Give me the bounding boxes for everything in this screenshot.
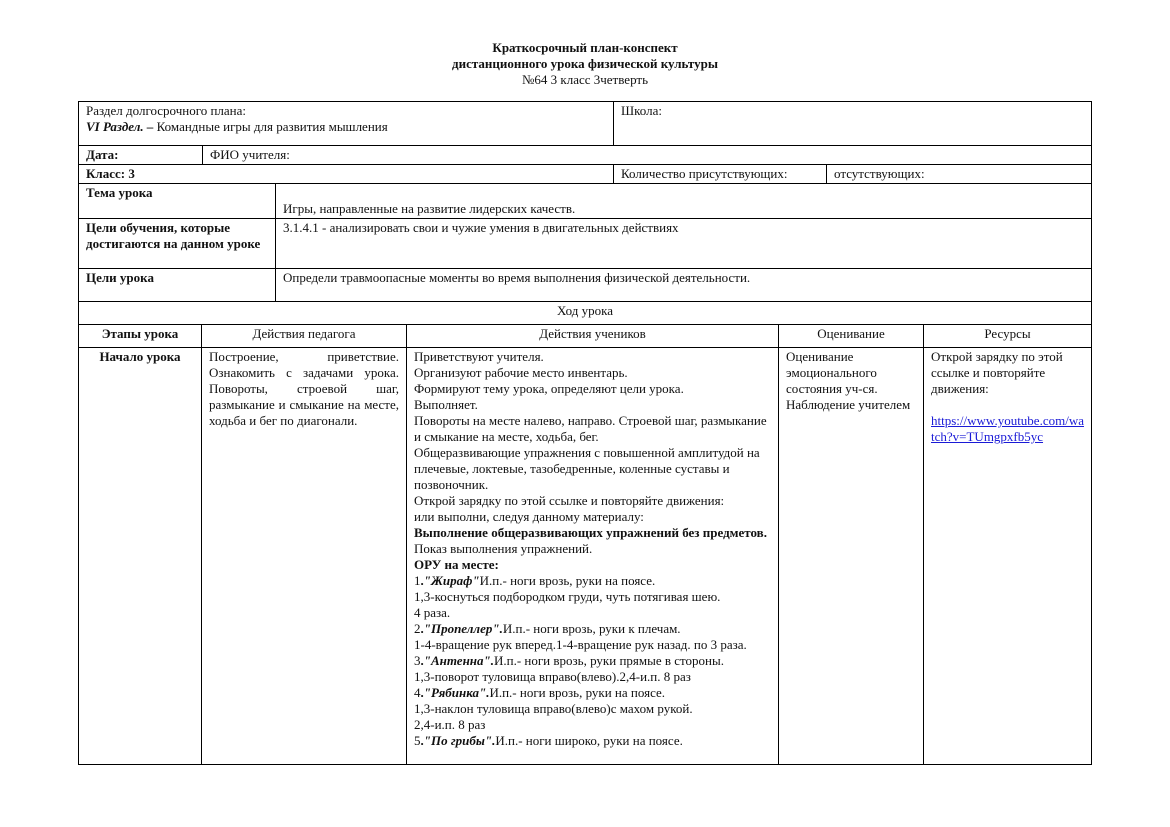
exercise-description: И.п.- ноги врозь, руки прямые в стороны.: [494, 653, 724, 668]
date-label: Дата:: [79, 146, 203, 165]
resources-text: Открой зарядку по этой ссылке и повторяй…: [931, 349, 1084, 397]
exercise-description: И.п.- ноги врозь, руки на поясе.: [489, 685, 665, 700]
learning-goals-value: 3.1.4.1 - анализировать свои и чужие уме…: [276, 219, 1092, 269]
subtitle: №64 3 класс 3четверть: [0, 72, 1170, 88]
row-learning-goals: Цели обучения, которые достигаются на да…: [79, 219, 1092, 269]
assessment-cell: Оценивание эмоционального состояния уч-с…: [779, 348, 924, 765]
document-header: Краткосрочный план-конспект дистанционно…: [0, 40, 1170, 88]
student-action-line: 2."Пропеллер".И.п.- ноги врозь, руки к п…: [414, 621, 771, 637]
col-header-resources: Ресурсы: [924, 325, 1092, 348]
row-section-title: Ход урока: [79, 302, 1092, 325]
student-action-line: 2,4-и.п. 8 раз: [414, 717, 771, 733]
student-action-line: 1."Жираф"И.п.- ноги врозь, руки на поясе…: [414, 573, 771, 589]
student-action-line: Формируют тему урока, определяют цели ур…: [414, 381, 771, 397]
student-action-line: Приветствуют учителя.: [414, 349, 771, 365]
school-cell: Школа:: [614, 102, 1092, 146]
lesson-flow-table: Ход урока Этапы урока Действия педагога …: [78, 301, 1092, 765]
resources-cell: Открой зарядку по этой ссылке и повторяй…: [924, 348, 1092, 765]
title-line-1: Краткосрочный план-конспект: [0, 40, 1170, 56]
student-action-line: Открой зарядку по этой ссылке и повторяй…: [414, 493, 771, 509]
student-action-line: 4 раза.: [414, 605, 771, 621]
present-label: Количество присутствующих:: [614, 165, 827, 184]
info-table: Раздел долгосрочного плана: VI Раздел. –…: [78, 101, 1092, 184]
absent-label: отсутствующих:: [827, 165, 1092, 184]
student-action-line: Выполняет.: [414, 397, 771, 413]
exercise-description: И.п.- ноги врозь, руки на поясе.: [480, 573, 656, 588]
exercise-name: "Жираф": [424, 573, 480, 588]
lesson-plan: Раздел долгосрочного плана: VI Раздел. –…: [78, 101, 1091, 765]
student-action-line: ОРУ на месте:: [414, 557, 771, 573]
razdel-value: VI Раздел. – Командные игры для развития…: [86, 119, 606, 135]
topic-value: Игры, направленные на развитие лидерских…: [283, 185, 1084, 217]
exercise-name: "По грибы".: [424, 733, 496, 748]
spacer: [931, 397, 1084, 413]
col-header-stage: Этапы урока: [79, 325, 202, 348]
student-action-line: 1,3-коснуться подбородком груди, чуть по…: [414, 589, 771, 605]
razdel-cell: Раздел долгосрочного плана: VI Раздел. –…: [79, 102, 614, 146]
exercise-name: "Пропеллер".: [424, 621, 503, 636]
title-line-2: дистанционного урока физической культуры: [0, 56, 1170, 72]
youtube-link[interactable]: https://www.youtube.com/watch?v=TUmgpxfb…: [931, 413, 1084, 444]
col-header-students: Действия учеников: [407, 325, 779, 348]
topic-label: Тема урока: [79, 184, 276, 219]
razdel-label: Раздел долгосрочного плана:: [86, 103, 606, 119]
col-header-teacher: Действия педагога: [202, 325, 407, 348]
teacher-actions: Построение, приветствие. Ознакомить с за…: [202, 348, 407, 765]
student-action-line: или выполни, следуя данному материалу:: [414, 509, 771, 525]
exercise-description: И.п.- ноги врозь, руки к плечам.: [503, 621, 681, 636]
section-title: Ход урока: [79, 302, 1092, 325]
student-action-line: 1,3-наклон туловища вправо(влево)с махом…: [414, 701, 771, 717]
teacher-label: ФИО учителя:: [203, 146, 1092, 165]
goals-table: Тема урока Игры, направленные на развити…: [78, 183, 1092, 302]
table-row: Начало урока Построение, приветствие. Оз…: [79, 348, 1092, 765]
learning-goals-label: Цели обучения, которые достигаются на да…: [79, 219, 276, 269]
student-action-line: 1,3-поворот туловища вправо(влево).2,4-и…: [414, 669, 771, 685]
row-class: Класс: 3 Количество присутствующих: отсу…: [79, 165, 1092, 184]
exercise-name: "Рябинка".: [424, 685, 490, 700]
razdel-prefix: VI Раздел. –: [86, 119, 153, 134]
student-action-line: 1-4-вращение рук вперед.1-4-вращение рук…: [414, 637, 771, 653]
col-header-assessment: Оценивание: [779, 325, 924, 348]
student-action-line: 3."Антенна".И.п.- ноги врозь, руки прямы…: [414, 653, 771, 669]
student-action-line: Выполнение общеразвивающих упражнений бе…: [414, 525, 771, 541]
lesson-goals-label: Цели урока: [79, 269, 276, 302]
student-actions: Приветствуют учителя.Организуют рабочие …: [407, 348, 779, 765]
column-headers: Этапы урока Действия педагога Действия у…: [79, 325, 1092, 348]
student-action-line: Показ выполнения упражнений.: [414, 541, 771, 557]
student-action-line: Организуют рабочие место инвентарь.: [414, 365, 771, 381]
student-action-line: Общеразвивающие упражнения с повышенной …: [414, 445, 771, 493]
exercise-name: "Антенна".: [424, 653, 494, 668]
student-action-line: 4."Рябинка".И.п.- ноги врозь, руки на по…: [414, 685, 771, 701]
exercise-description: И.п.- ноги широко, руки на поясе.: [495, 733, 683, 748]
lesson-goals-value: Определи травмоопасные моменты во время …: [276, 269, 1092, 302]
row-lesson-goals: Цели урока Определи травмоопасные момент…: [79, 269, 1092, 302]
school-label: Школа:: [621, 103, 662, 118]
stage-cell: Начало урока: [79, 348, 202, 765]
student-action-line: 5."По грибы".И.п.- ноги широко, руки на …: [414, 733, 771, 749]
row-date: Дата: ФИО учителя:: [79, 146, 1092, 165]
row-topic: Тема урока Игры, направленные на развити…: [79, 184, 1092, 219]
student-action-line: Повороты на месте налево, направо. Строе…: [414, 413, 771, 445]
razdel-text: Командные игры для развития мышления: [153, 119, 387, 134]
class-label: Класс: 3: [79, 165, 614, 184]
topic-cell: Игры, направленные на развитие лидерских…: [276, 184, 1092, 219]
row-razdel: Раздел долгосрочного плана: VI Раздел. –…: [79, 102, 1092, 146]
